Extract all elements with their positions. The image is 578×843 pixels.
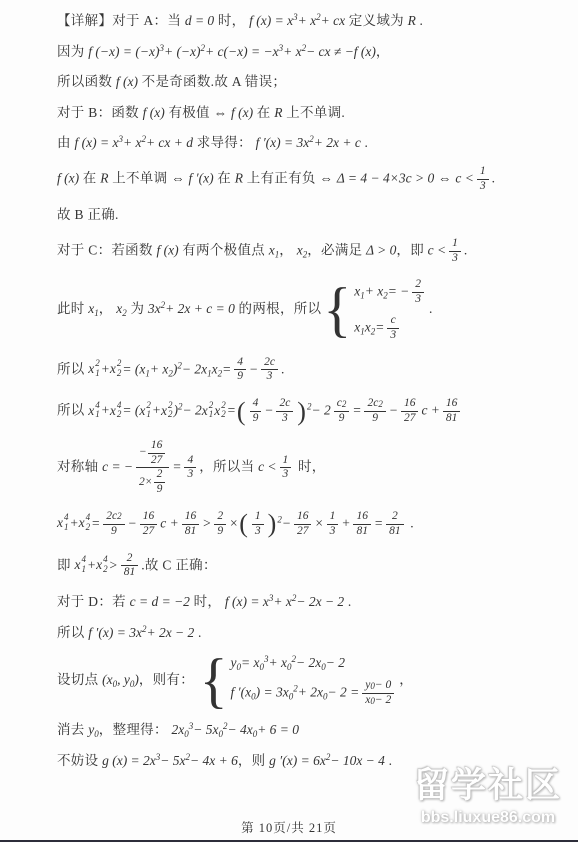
math-run: 1: [330, 510, 336, 524]
fraction: y0− 0x0− 2: [362, 679, 394, 708]
line-03-option-a-conclusion: 所以函数 f (x) 不是奇函数.故 A 错误；: [57, 73, 540, 91]
fraction: c3: [387, 314, 399, 343]
subscript: 2: [117, 410, 122, 420]
denominator: 9: [334, 411, 350, 426]
line-15-option-d-setup: 对于 D：若 c = d = −2 时， f (x) = x3+ x2− 2x …: [57, 593, 540, 611]
math-run: c <: [428, 242, 446, 257]
math-run: − 2: [326, 655, 345, 670]
math-run: + 2x + c: [314, 135, 361, 150]
math-run: −: [282, 515, 291, 530]
math-run: +: [152, 403, 161, 418]
sub-sup-term: x22: [110, 359, 123, 379]
subscript: 2: [168, 410, 173, 420]
math-run: c <: [258, 459, 276, 474]
math-run: = −: [388, 284, 410, 299]
text-run: 为: [127, 302, 148, 317]
text-run: ，所以当: [199, 459, 258, 474]
math-run: ) = 3x: [256, 685, 289, 700]
text-run: 时，: [190, 594, 225, 609]
fraction: 43: [184, 454, 196, 483]
line-04-option-b-setup: 对于 B：函数 f (x) 有极值 ⇔ f (x) 在 R 上不单调.: [57, 104, 540, 122]
math-run: f (x) = x: [249, 13, 293, 28]
math-run: f ′(x): [189, 170, 214, 185]
math-run: f ′(x) = 3x: [256, 135, 310, 150]
line-10-sum-of-squares: 所以 x21+x22= (x1+ x2)2− 2x1x2=49−2c3.: [57, 356, 540, 385]
math-run: + x: [298, 13, 316, 28]
math-run: f (x) = x: [225, 594, 269, 609]
math-run: =: [352, 403, 361, 418]
text-run: 上不单调 ⇔: [109, 170, 189, 185]
text-run: 在: [79, 170, 100, 185]
math-run: 3: [330, 525, 336, 539]
math-run: + c(−x) = −x: [205, 44, 279, 59]
math-run: 3: [415, 293, 421, 307]
math-run: 16: [185, 510, 197, 524]
sub-sup-term: x41: [57, 513, 70, 533]
page-number: 第 10页/共 21页: [0, 818, 578, 836]
math-run: − 2: [183, 403, 202, 418]
text-run: .: [429, 302, 433, 317]
text-run: 因为: [57, 44, 88, 59]
denominator: 9: [234, 369, 246, 384]
text-run: 此时: [57, 302, 88, 317]
math-run: 3: [187, 468, 193, 482]
base: x: [110, 402, 116, 420]
math-run: 2c: [367, 397, 378, 411]
math-run: −: [249, 361, 258, 376]
math-run: − 2x − 2: [296, 594, 344, 609]
math-run: 81: [446, 412, 458, 426]
numerator: 2: [412, 278, 424, 292]
text-run: 由: [57, 135, 74, 150]
sub-sup-term: x21: [202, 401, 215, 421]
math-run: − 4x + 6: [190, 753, 238, 768]
fraction: 2c29: [103, 510, 124, 539]
line-14-option-c-conclusion: 即 x41+x42>281.故 C 正确：: [57, 552, 540, 581]
sub-sup-term: x41: [74, 555, 87, 575]
math-run: 3: [255, 525, 261, 539]
math-run: − 2: [311, 403, 330, 418]
text-run: ，即: [396, 242, 427, 257]
text-run: .: [281, 361, 285, 376]
math-run: =: [91, 515, 100, 530]
math-run: 3: [480, 180, 486, 194]
text-run: .: [385, 753, 392, 768]
math-run: f (x): [143, 105, 165, 120]
line-05-derivative: 由 f (x) = x3+ x2+ cx + d 求导得： f ′(x) = 3…: [57, 134, 540, 152]
math-run: f (−x) = (−x): [88, 44, 159, 59]
denominator: 3: [412, 292, 424, 307]
math-run: 81: [356, 525, 368, 539]
denominator: 27: [140, 524, 158, 539]
fraction: 2c3: [261, 356, 278, 385]
denominator: 81: [443, 411, 461, 426]
text-run: 不妨设: [57, 753, 102, 768]
math-run: 2x: [171, 722, 184, 737]
denominator: 27: [148, 453, 166, 468]
document-page: 【详解】对于 A：当 d = 0 时， f (x) = x3+ x2+ cx 定…: [0, 0, 578, 843]
text-run: 对称轴: [57, 459, 102, 474]
math-run: − 2 =: [327, 685, 359, 700]
math-run: 1: [283, 454, 289, 468]
big-paren: (: [236, 397, 247, 426]
math-run: d = 0: [185, 13, 214, 28]
numerator: c2: [334, 397, 350, 411]
denominator: 81: [121, 565, 139, 580]
math-run: − 0: [375, 679, 391, 693]
math-run: 2: [127, 552, 133, 566]
math-run: + x: [123, 135, 141, 150]
scripts: 41: [64, 513, 69, 533]
math-run: >: [109, 557, 118, 572]
math-run: (x: [102, 672, 113, 687]
numerator: 16: [401, 397, 419, 411]
math-run: + x: [283, 44, 301, 59]
math-run: , y: [117, 672, 130, 687]
math-run: −: [389, 403, 398, 418]
big-paren: ): [267, 509, 278, 538]
text-run: 在: [253, 105, 274, 120]
text-run: 所以: [57, 361, 88, 376]
math-run: 3: [283, 468, 289, 482]
line-17-tangent-system: 设切点 (x0, y0)，则有： {y0= x03+ x02− 2x0− 2f …: [57, 654, 540, 708]
fraction: 1681: [443, 397, 461, 426]
math-run: 16: [404, 397, 416, 411]
text-run: ⇔: [434, 170, 455, 185]
numerator: 16: [140, 510, 158, 524]
math-run: − 5x: [193, 722, 218, 737]
footer-divider: [0, 840, 578, 842]
math-run: + x: [273, 594, 291, 609]
base: x: [161, 402, 167, 420]
math-run: c = d = −2: [130, 594, 190, 609]
denominator: 3: [327, 524, 339, 539]
math-run: + 2x + c = 0: [165, 302, 235, 317]
text-run: .: [492, 170, 496, 185]
sub-sup-term: x22: [214, 401, 227, 421]
fraction: 1627: [401, 397, 419, 426]
math-run: f (x): [231, 105, 253, 120]
math-run: = (x: [122, 361, 145, 376]
math-run: + x: [150, 361, 168, 376]
numerator: 4: [250, 397, 262, 411]
math-run: =: [172, 459, 181, 474]
line-08-option-c-setup: 对于 C：若函数 f (x) 有两个极值点 x1， x2，必满足 Δ > 0，即…: [57, 237, 540, 266]
numerator: 2: [214, 510, 226, 524]
base: x: [88, 360, 94, 378]
text-run: ，必满足: [307, 242, 366, 257]
math-run: =: [375, 319, 384, 334]
denominator: 3: [387, 328, 399, 343]
fraction: 1681: [182, 510, 200, 539]
numerator: 2c2: [364, 397, 385, 411]
math-run: 81: [185, 525, 197, 539]
subscript: 1: [64, 523, 69, 533]
sub-sup-term: x21: [139, 401, 152, 421]
line-16-derivative-d: 所以 f ′(x) = 3x2+ 2x − 2 .: [57, 624, 540, 642]
math-run: R: [100, 170, 108, 185]
line-13-inequality-evaluation: x41+x42=2c29−1627c +1681>29×(13)2−1627×1…: [57, 510, 540, 539]
numerator: 4: [184, 454, 196, 468]
text-run: 有两个极值点: [179, 242, 269, 257]
math-run: −: [139, 446, 147, 460]
fraction: 29: [214, 510, 226, 539]
sub-sup-term: x22: [161, 401, 174, 421]
math-run: − 2x: [182, 361, 207, 376]
text-run: 定义域为: [345, 13, 408, 28]
numerator: 1: [252, 510, 264, 524]
numerator: 16: [148, 439, 166, 453]
math-run: = x: [241, 655, 259, 670]
fraction: −16272×29: [136, 439, 169, 497]
text-run: 在: [214, 170, 235, 185]
line-09-vieta-system: 此时 x1， x2 为 3x2+ 2x + c = 0 的两根，所以{x1+ x…: [57, 278, 540, 342]
math-run: +: [70, 515, 79, 530]
base: x: [214, 402, 220, 420]
math-run: +: [101, 361, 110, 376]
math-run: 27: [143, 525, 155, 539]
text-run: .故 C 正确：: [141, 557, 217, 572]
base: x: [88, 402, 94, 420]
line-11-sum-of-fourth-powers: 所以 x41+x42= (x21+x22)2− 2x21x22=(49−2c3)…: [57, 397, 540, 426]
text-run: 消去: [57, 722, 88, 737]
math-run: 9: [372, 412, 378, 426]
math-run: 3: [390, 329, 396, 343]
text-run: 对于 D：若: [57, 594, 130, 609]
math-run: 3: [452, 252, 458, 266]
math-run: R: [274, 105, 282, 120]
fraction: 13: [449, 237, 461, 266]
text-run: .: [407, 515, 414, 530]
math-run: 9: [253, 412, 259, 426]
text-run: .: [361, 135, 368, 150]
math-run: 9: [157, 483, 163, 497]
math-run: f ′(x) = 3x: [88, 625, 142, 640]
text-run: 对于 B：函数: [57, 105, 143, 120]
scripts: 21: [146, 401, 151, 421]
base: x: [139, 402, 145, 420]
math-run: −: [128, 515, 137, 530]
math-run: + 2x − 2: [146, 625, 194, 640]
base: x: [96, 556, 102, 574]
math-run: − 5x: [160, 753, 185, 768]
math-run: c +: [421, 403, 439, 418]
math-run: f (x): [116, 74, 138, 89]
math-run: − 10x − 4: [330, 753, 385, 768]
text-run: ，: [279, 242, 296, 257]
denominator: 3: [280, 467, 292, 482]
numerator: 1: [477, 165, 489, 179]
fraction: 13: [252, 510, 264, 539]
text-run: ，则: [238, 753, 269, 768]
line-18-eliminate-y0: 消去 y0，整理得： 2x03− 5x02− 4x0+ 6 = 0: [57, 721, 540, 739]
math-run: ×: [314, 515, 323, 530]
numerator: y0− 0: [362, 679, 394, 693]
text-run: 时，: [214, 13, 249, 28]
math-run: −: [264, 403, 273, 418]
math-run: 9: [217, 525, 223, 539]
math-run: 2: [217, 510, 223, 524]
scripts: 41: [95, 401, 100, 421]
numerator: 2c2: [103, 510, 124, 524]
math-run: − 2: [375, 694, 391, 708]
math-run: 9: [237, 370, 243, 384]
math-run: c: [391, 314, 396, 328]
line-02-odd-check: 因为 f (−x) = (−x)3+ (−x)2+ c(−x) = −x3+ x…: [57, 43, 540, 61]
denominator: 9: [364, 411, 385, 426]
fraction: 1627: [148, 439, 166, 468]
big-paren: (: [238, 509, 249, 538]
numerator: 16: [443, 397, 461, 411]
fraction: 281: [386, 510, 404, 539]
numerator: 16: [182, 510, 200, 524]
math-run: + 6 = 0: [257, 722, 299, 737]
numerator: 1: [327, 510, 339, 524]
text-run: 即: [57, 557, 74, 572]
text-run: .: [194, 625, 201, 640]
line-06-discriminant: f (x) 在 R 上不单调 ⇔ f ′(x) 在 R 上有正有负 ⇔ Δ = …: [57, 165, 540, 194]
math-run: 16: [143, 510, 155, 524]
math-run: =: [374, 515, 383, 530]
subscript: 2: [221, 410, 226, 420]
system-rows: y0= x03+ x02− 2x0− 2f ′(x0) = 3x02+ 2x0−…: [231, 654, 398, 708]
math-run: 9: [339, 412, 345, 426]
text-run: ，: [399, 672, 413, 687]
text-run: 上不单调.: [283, 105, 346, 120]
scripts: 22: [117, 359, 122, 379]
base: x: [202, 402, 208, 420]
math-run: = (: [122, 403, 139, 418]
equation-system: {y0= x03+ x02− 2x0− 2f ′(x0) = 3x02+ 2x0…: [200, 654, 398, 708]
numerator: 4: [234, 356, 246, 370]
fraction: 1627: [294, 510, 312, 539]
math-run: c +: [160, 515, 178, 530]
scripts: 42: [103, 555, 108, 575]
fraction: 2c3: [276, 397, 293, 426]
system-row: y0= x03+ x02− 2x0− 2: [231, 654, 398, 672]
math-run: 2: [157, 468, 163, 482]
denominator: 9: [103, 524, 124, 539]
fraction: 49: [250, 397, 262, 426]
math-run: + (−x): [164, 44, 201, 59]
math-run: + cx + d: [146, 135, 193, 150]
math-run: g (x) = 2x: [102, 753, 156, 768]
fraction: 1627: [140, 510, 158, 539]
text-run: 故 B 正确.: [57, 207, 119, 222]
sub-sup-term: x42: [96, 555, 109, 575]
subscript: 1: [209, 410, 214, 420]
numerator: 2: [386, 510, 404, 524]
text-run: ，: [99, 302, 116, 317]
numerator: 2c: [276, 397, 293, 411]
math-run: R: [408, 13, 416, 28]
denominator: 3: [449, 251, 461, 266]
text-run: 有极值 ⇔: [165, 105, 231, 120]
fraction: 13: [327, 510, 339, 539]
text-run: ，则有：: [139, 672, 198, 687]
math-run: 27: [151, 454, 163, 468]
subscript: 1: [81, 565, 86, 575]
math-run: =: [222, 361, 231, 376]
math-run: + x: [269, 655, 287, 670]
math-run: 1: [452, 237, 458, 251]
text-run: 上有正有负 ⇔: [243, 170, 337, 185]
equation-system: {x1+ x2= −23x1x2=c3: [323, 278, 427, 342]
math-run: − 4x: [227, 722, 252, 737]
system-row: x1x2=c3: [354, 314, 427, 343]
text-run: 所以: [57, 403, 88, 418]
denominator: 9: [154, 482, 166, 497]
math-run: 16: [446, 397, 458, 411]
superscript: 2: [378, 400, 383, 409]
fraction: 13: [477, 165, 489, 194]
math-run: 81: [389, 525, 401, 539]
math-run: +: [101, 403, 110, 418]
numerator: 2: [154, 468, 166, 482]
denominator: 81: [182, 524, 200, 539]
denominator: 27: [294, 524, 312, 539]
math-run: 2c: [106, 510, 117, 524]
denominator: 3: [261, 369, 278, 384]
math-run: 4: [253, 397, 259, 411]
text-run: 的两根，所以: [235, 302, 321, 317]
math-run: Δ = 4 − 4×3c > 0: [337, 170, 434, 185]
math-run: 4: [237, 356, 243, 370]
system-rows: x1+ x2= −23x1x2=c3: [354, 278, 427, 342]
sub-sup-term: x42: [79, 513, 92, 533]
math-run: 2×: [139, 476, 153, 490]
subscript: 1: [95, 410, 100, 420]
math-run: 16: [297, 510, 309, 524]
text-run: 求导得：: [193, 135, 256, 150]
text-run: .: [464, 242, 468, 257]
denominator: 3: [477, 179, 489, 194]
subscript: 2: [103, 565, 108, 575]
text-run: 所以: [57, 625, 88, 640]
fraction: 1681: [353, 510, 371, 539]
subscript: 2: [117, 369, 122, 379]
sub-sup-term: x21: [88, 359, 101, 379]
fraction: c29: [334, 397, 350, 426]
math-run: 4: [187, 454, 193, 468]
denominator: 3: [276, 411, 293, 426]
math-run: 81: [124, 566, 136, 580]
math-run: f (x): [57, 170, 79, 185]
scripts: 21: [209, 401, 214, 421]
fraction: 281: [121, 552, 139, 581]
scripts: 21: [95, 359, 100, 379]
denominator: 81: [353, 524, 371, 539]
fraction: 23: [412, 278, 424, 307]
math-run: c = −: [102, 459, 133, 474]
numerator: −1627: [136, 439, 169, 468]
math-run: =: [227, 403, 236, 418]
scripts: 22: [221, 401, 226, 421]
text-run: ，: [376, 44, 390, 59]
scripts: 41: [81, 555, 86, 575]
base: x: [74, 556, 80, 574]
math-run: Δ > 0: [366, 242, 396, 257]
text-run: .: [416, 13, 423, 28]
scripts: 22: [168, 401, 173, 421]
line-19-define-g: 不妨设 g (x) = 2x3− 5x2− 4x + 6，则 g ′(x) = …: [57, 752, 540, 770]
text-run: 设切点: [57, 672, 102, 687]
numerator: 16: [294, 510, 312, 524]
text-run: ，整理得：: [99, 722, 172, 737]
math-run: 2c: [279, 397, 290, 411]
math-run: f ′(x: [231, 685, 252, 700]
text-run: .: [344, 594, 351, 609]
